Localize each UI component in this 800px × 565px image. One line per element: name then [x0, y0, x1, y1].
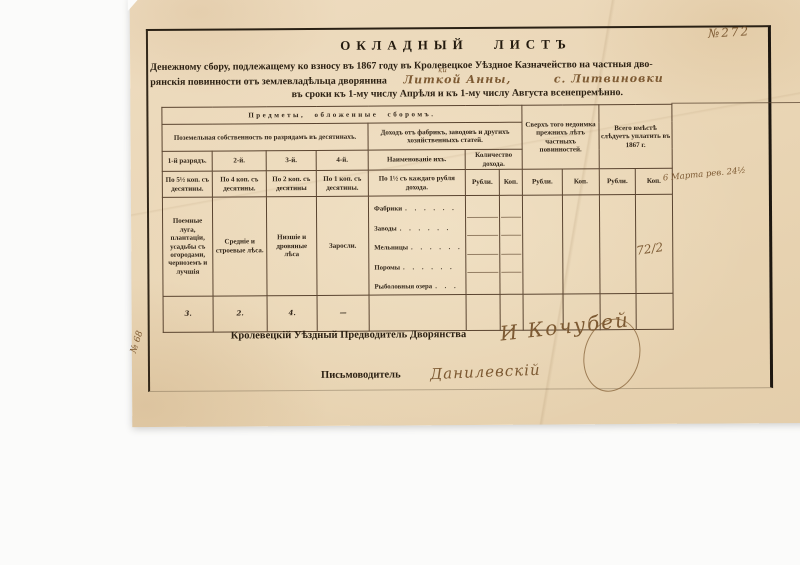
land-value-4-handwritten: — — [317, 295, 369, 331]
arrears-kopeks-header: Коп. — [562, 169, 599, 195]
landowner-name-handwritten: Литкой Анны, — [403, 73, 511, 87]
rate-3-header: По 2 коп. съ десятины — [266, 170, 316, 196]
land-category-4: Заросли. — [316, 196, 369, 295]
total-rubles-header: Рубли. — [599, 169, 635, 195]
marshal-title-label: Кролевецкій Уѣздный Предводитель Дворянс… — [231, 329, 467, 341]
land-category-3: Низшіе и дровяные лѣса — [266, 196, 317, 295]
estate-name-handwritten: с. Литвиновки — [554, 72, 664, 86]
paper-corner-fold — [128, 0, 144, 11]
rank-2-header: 2-й. — [212, 151, 266, 171]
arrears-group-header: Сверхъ того недоимка прежнихъ лѣтъ частн… — [522, 105, 599, 169]
arrears-rubles-cell — [522, 195, 563, 294]
left-margin-note-handwritten: № 68 — [129, 330, 145, 355]
leader-dots: . . . . . . — [432, 283, 461, 291]
rate-2-header: По 4 коп. съ десятины. — [212, 171, 266, 197]
list-item: Поромы . . . . . . — [370, 255, 464, 275]
qty-kopeks-header: Коп. — [499, 169, 522, 195]
total-group-header: Всего вмѣстѣ слѣдуетъ уплатить въ 1867 г… — [599, 104, 672, 168]
income-rate-header: По 1½ съ каждаго рубля дохода. — [368, 170, 465, 197]
table-band-header: Предметы, обложенные сборомъ. — [162, 105, 522, 124]
land-category-2: Средніе и строевые лѣса. — [212, 197, 267, 296]
rank-1-header: 1-й разрядъ. — [162, 151, 212, 171]
qty-rubles-header: Рубли. — [465, 169, 499, 195]
arrears-rubles-header: Рубли. — [522, 169, 562, 195]
list-item: Мельницы . . . . . . — [370, 235, 464, 255]
land-value-3-handwritten: 4. — [267, 295, 317, 331]
income-quantity-header: Количество дохода. — [465, 149, 522, 169]
arrears-kopeks-cell — [562, 195, 600, 294]
rate-4-header: По 1 коп. съ десятины. — [316, 170, 368, 196]
list-item: Рыболовныя озера . . . . . . — [370, 274, 464, 294]
leader-dots: . . . . . . — [397, 225, 461, 234]
qty-kopeks-ruled-cell — [499, 195, 523, 294]
intro-line-2-printed: рянскія повинности отъ землевладѣльца дв… — [150, 76, 387, 88]
item-name-header: Наименованіе ихъ. — [368, 150, 465, 171]
land-value-2-handwritten: 2. — [213, 295, 267, 331]
income-group-header: Доходъ отъ фабрикъ, заводовъ и другихъ х… — [368, 122, 522, 150]
total-rubles-cell — [599, 195, 636, 294]
leader-dots: . . . . . . — [408, 244, 461, 252]
empty-cell — [369, 294, 466, 331]
rank-3-header: 3-й. — [266, 150, 316, 170]
income-items-list: Фабрики . . . . . . Заводы . . . . . . М… — [368, 196, 466, 295]
list-item: Фабрики . . . . . . — [370, 196, 464, 216]
land-category-1: Поемные луга, плантаціи, усадьбы съ огор… — [162, 197, 213, 296]
scanned-document-paper: №272 ОКЛАДНЫЙ ЛИСТЪ Денежному сбору, под… — [130, 0, 800, 427]
handwritten-correction: ки — [438, 66, 447, 74]
leader-dots: . . . . . . — [402, 205, 461, 214]
land-value-1-handwritten: 3. — [163, 296, 213, 332]
qty-rubles-ruled-cell — [465, 195, 500, 294]
empty-cell — [636, 293, 673, 329]
empty-cell — [466, 294, 500, 330]
tax-assessment-table: Предметы, обложенные сборомъ. Сверхъ тог… — [161, 104, 673, 333]
rank-4-header: 4-й. — [316, 150, 368, 170]
clerk-title-label: Письмоводитель — [321, 369, 401, 380]
leader-dots: . . . . . . — [400, 264, 461, 273]
land-group-header: Поземельная собственность по разрядамъ в… — [162, 123, 368, 151]
rate-1-header: По 5½ коп. съ десятины. — [162, 171, 212, 197]
list-item: Заводы . . . . . . — [370, 216, 464, 236]
